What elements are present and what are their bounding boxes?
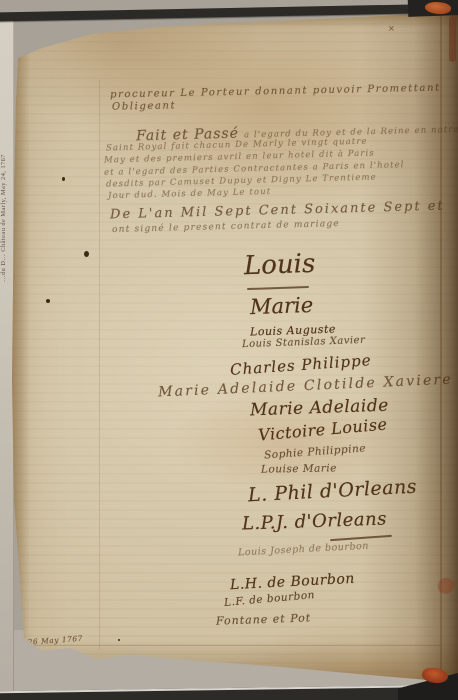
book-gutter-shadow: [360, 0, 458, 700]
signature-underline: [247, 286, 309, 290]
ink-speck: [46, 299, 50, 303]
red-streak-top-right: [449, 16, 456, 62]
signature-louise-marie: Louise Marie: [261, 462, 337, 475]
left-mat-strip: [0, 14, 14, 700]
signature-fontane-et-pot: Fontane et Pot: [216, 611, 312, 627]
signature-marie: Marie: [250, 293, 314, 319]
signature-lh-de-bourbon: L.H. de Bourbon: [230, 571, 356, 594]
signature-charles-philippe: Charles Philippe: [230, 351, 373, 379]
body-line: Jour dud. Mois de May Le tout: [108, 187, 271, 201]
ink-speck: [62, 177, 65, 181]
signature-louis-joseph-de-bourbon: Louis Joseph de bourbon: [238, 541, 369, 559]
manuscript-photo: …du D… Château de Marly, May 24, 1767 × …: [0, 0, 458, 700]
body-line: Obligeant: [112, 100, 176, 112]
signature-louis: Louis: [243, 249, 315, 281]
signature-sophie-philippine: Sophie Philippine: [264, 442, 367, 461]
ink-speck: [84, 251, 89, 257]
ink-speck: [118, 639, 120, 641]
parchment-page: × procureur Le Porteur donnant pouvoir P…: [0, 0, 458, 700]
archival-caption-vertical: …du D… Château de Marly, May 24, 1767: [0, 122, 12, 282]
fold-line-left: [99, 80, 100, 650]
